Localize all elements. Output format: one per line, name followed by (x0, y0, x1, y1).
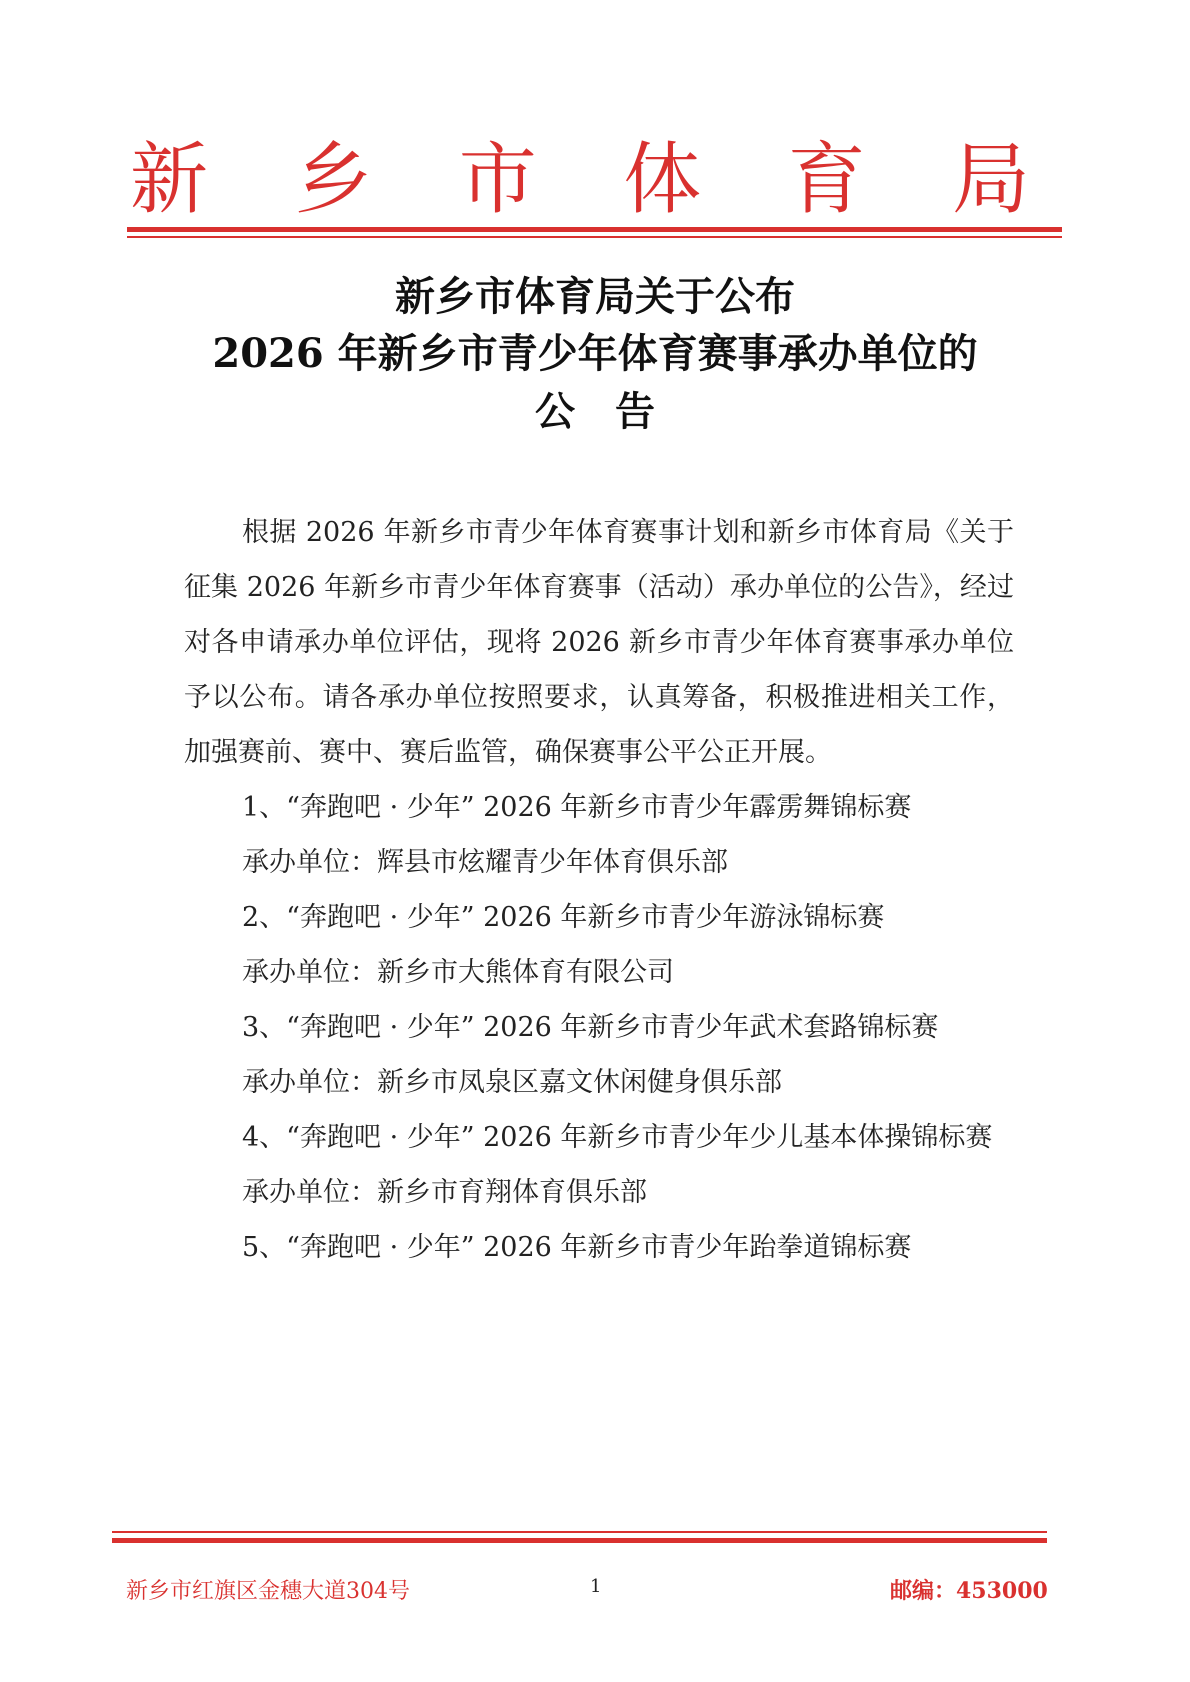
event-host: 承办单位：新乡市育翔体育俱乐部 (184, 1165, 1014, 1220)
footer-rule-thick (112, 1538, 1047, 1543)
document-title-line2: 2026 年新乡市青少年体育赛事承办单位的 (0, 322, 1190, 379)
letterhead-title: 新 乡 市 体 育 局 (130, 140, 1030, 220)
document-body: 根据 2026 年新乡市青少年体育赛事计划和新乡市体育局《关于征集 2026 年… (184, 505, 1014, 1275)
event-host: 承办单位：辉县市炫耀青少年体育俱乐部 (184, 835, 1014, 890)
event-host: 承办单位：新乡市大熊体育有限公司 (184, 945, 1014, 1000)
event-item-title: 2、“奔跑吧 · 少年” 2026 年新乡市青少年游泳锦标赛 (184, 890, 1014, 945)
footer-postcode: 邮编：453000 (890, 1574, 1048, 1605)
letterhead-char: 局 (952, 141, 1030, 219)
footer-rule-thin (112, 1531, 1047, 1533)
document-page: 新 乡 市 体 育 局 新乡市体育局关于公布 2026 年新乡市青少年体育赛事承… (0, 0, 1190, 1682)
letterhead-char: 乡 (294, 141, 372, 219)
letterhead-char: 育 (788, 141, 866, 219)
footer-address: 新乡市红旗区金穗大道304号 (126, 1574, 410, 1605)
letterhead-char: 体 (623, 141, 701, 219)
document-title-line3: 公告 (0, 380, 1190, 437)
page-number: 1 (590, 1576, 601, 1597)
event-item-title: 5、“奔跑吧 · 少年” 2026 年新乡市青少年跆拳道锦标赛 (184, 1220, 1014, 1275)
event-item-title: 1、“奔跑吧 · 少年” 2026 年新乡市青少年霹雳舞锦标赛 (184, 780, 1014, 835)
event-host: 承办单位：新乡市凤泉区嘉文休闲健身俱乐部 (184, 1055, 1014, 1110)
event-item-title: 4、“奔跑吧 · 少年” 2026 年新乡市青少年少儿基本体操锦标赛 (184, 1110, 1014, 1165)
document-title-line1: 新乡市体育局关于公布 (0, 265, 1190, 322)
header-rule-thick (127, 227, 1062, 232)
event-item-title: 3、“奔跑吧 · 少年” 2026 年新乡市青少年武术套路锦标赛 (184, 1000, 1014, 1055)
letterhead-char: 新 (130, 141, 208, 219)
letterhead-char: 市 (459, 141, 537, 219)
header-rule-thin (127, 236, 1062, 238)
intro-paragraph: 根据 2026 年新乡市青少年体育赛事计划和新乡市体育局《关于征集 2026 年… (184, 505, 1014, 780)
